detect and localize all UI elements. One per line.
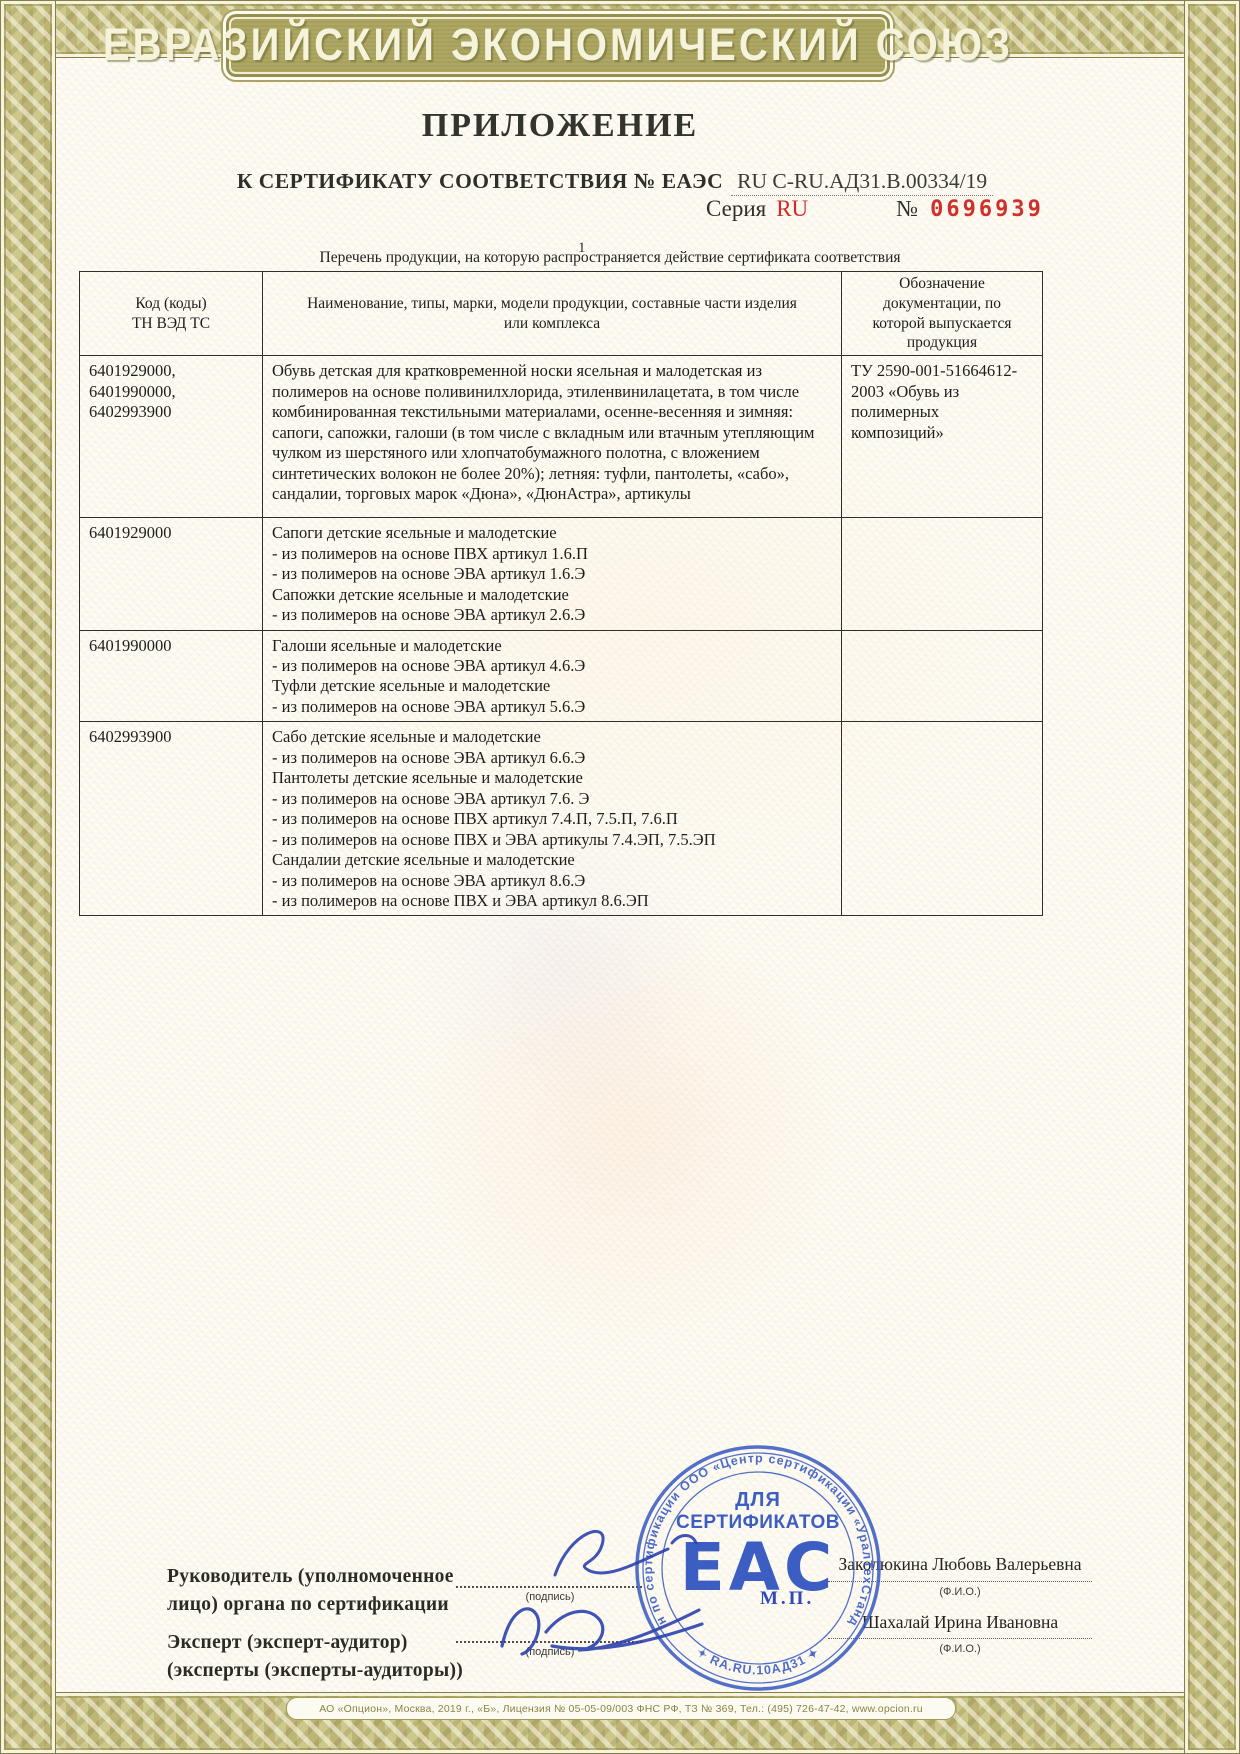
printer-imprint: АО «Опцион», Москва, 2019 г., «Б», Лицен… <box>286 1697 956 1720</box>
series-label: Серия <box>706 196 766 222</box>
cell-doc <box>842 722 1043 916</box>
stamp-line-dlya: ДЛЯ <box>735 1489 781 1511</box>
certificate-number: RU С-RU.АД31.В.00334/19 <box>731 169 993 196</box>
table-row: 6401929000, 6401990000, 6402993900 Обувь… <box>80 356 1043 518</box>
cell-code: 6401929000, 6401990000, 6402993900 <box>80 356 263 518</box>
banner-title: ЕВРАЗИЙСКИЙ ЭКОНОМИЧЕСКИЙ СОЮЗ <box>103 20 1013 71</box>
certificate-page: ЕВРАЗИЙСКИЙ ЭКОНОМИЧЕСКИЙ СОЮЗ 1 ПРИЛОЖЕ… <box>0 0 1240 1754</box>
cell-name: Сапоги детские ясельные и малодетские - … <box>263 518 842 630</box>
document-title: ПРИЛОЖЕНИЕ <box>0 107 1120 145</box>
svg-text:✦ RA.RU.10АД31 ✦: ✦ RA.RU.10АД31 ✦ <box>694 1645 822 1677</box>
header-name: Наименование, типы, марки, модели продук… <box>263 272 842 356</box>
product-list-caption: Перечень продукции, на которую распростр… <box>0 249 1220 267</box>
cell-code: 6401990000 <box>80 630 263 722</box>
stamp-place-mark: М.П. <box>760 1588 814 1610</box>
subtitle-label: К СЕРТИФИКАТУ СООТВЕТСТВИЯ № ЕАЭС <box>237 169 723 193</box>
printer-imprint-text: АО «Опцион», Москва, 2019 г., «Б», Лицен… <box>319 1703 923 1715</box>
table-row: 6402993900 Сабо детские ясельные и малод… <box>80 722 1043 916</box>
cell-doc <box>842 518 1043 630</box>
signature-2 <box>494 1594 709 1664</box>
header-code: Код (коды) ТН ВЭД ТС <box>80 272 263 356</box>
header-doc: Обозначение документации, по которой вып… <box>842 272 1043 356</box>
eaeu-banner: ЕВРАЗИЙСКИЙ ЭКОНОМИЧЕСКИЙ СОЮЗ <box>226 14 890 77</box>
blank-number: 0696939 <box>930 197 1044 222</box>
cell-doc: ТУ 2590-001-51664612- 2003 «Обувь из пол… <box>842 356 1043 518</box>
series-value: RU <box>776 196 808 222</box>
cell-code: 6402993900 <box>80 722 263 916</box>
series-row: Серия RU № 0696939 <box>706 196 1044 222</box>
cell-name: Обувь детская для кратковременной носки … <box>263 356 842 518</box>
certificate-subtitle: К СЕРТИФИКАТУ СООТВЕТСТВИЯ № ЕАЭСRU С-RU… <box>0 169 1230 194</box>
product-table: Код (коды) ТН ВЭД ТС Наименование, типы,… <box>79 271 1043 916</box>
table-row: 6401929000 Сапоги детские ясельные и мал… <box>80 518 1043 630</box>
cell-name: Галоши ясельные и малодетские - из полим… <box>263 630 842 722</box>
stamp-ring-bottom-text: ✦ RA.RU.10АД31 ✦ <box>694 1645 822 1677</box>
signature-1 <box>540 1513 720 1593</box>
table-header-row: Код (коды) ТН ВЭД ТС Наименование, типы,… <box>80 272 1043 356</box>
series-no-sign: № <box>896 196 918 222</box>
cell-doc <box>842 630 1043 722</box>
cell-name: Сабо детские ясельные и малодетские - из… <box>263 722 842 916</box>
cell-code: 6401929000 <box>80 518 263 630</box>
table-row: 6401990000 Галоши ясельные и малодетские… <box>80 630 1043 722</box>
